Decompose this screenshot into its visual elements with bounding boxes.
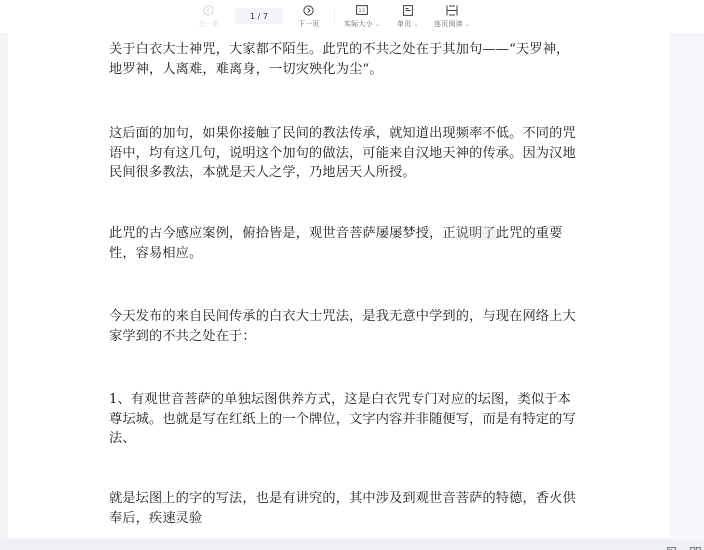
- next-page-icon: [303, 4, 315, 16]
- prev-page-icon: [203, 4, 215, 16]
- actual-size-dropdown[interactable]: 1:1 实际大小⌄: [344, 4, 380, 29]
- chevron-down-icon: ⌄: [465, 21, 470, 28]
- page-number-input[interactable]: 1 / 7: [235, 8, 283, 24]
- single-page-dropdown[interactable]: 单页⌄: [397, 4, 419, 29]
- actual-size-icon: 1:1: [356, 4, 368, 16]
- document-page[interactable]: 关于白衣大士神咒，大家都不陌生。此咒的不共之处在于其加句——“天罗神，地罗神，人…: [8, 33, 670, 538]
- single-page-icon: [402, 4, 414, 16]
- chevron-down-icon: ⌄: [375, 21, 380, 28]
- paragraph-5: 1、有观世音菩萨的单独坛图供养方式，这是白衣咒专门对应的坛图，类似于本尊坛城。也…: [109, 390, 579, 449]
- paragraph-2: 这后面的加句，如果你接触了民间的教法传承，就知道出现频率不低。不同的咒语中，均有…: [109, 124, 579, 183]
- paragraph-3: 此咒的古今感应案例，俯拾皆是，观世音菩萨屡屡梦授，正说明了此咒的重要性，容易相应…: [109, 224, 579, 263]
- document-area[interactable]: 关于白衣大士神咒，大家都不陌生。此咒的不共之处在于其加句——“天罗神，地罗神，人…: [0, 33, 704, 540]
- chevron-down-icon: ⌄: [413, 21, 418, 28]
- continuous-reading-label: 连页阅读: [434, 20, 463, 28]
- next-page-label: 下一页: [298, 19, 320, 29]
- single-page-label: 单页: [397, 20, 411, 28]
- prev-page-label: 上一页: [198, 19, 220, 29]
- actual-size-label: 实际大小: [344, 20, 373, 28]
- right-side-panel: [670, 33, 704, 540]
- single-page-view-icon[interactable]: [667, 541, 677, 550]
- paragraph-1: 关于白衣大士神咒，大家都不陌生。此咒的不共之处在于其加句——“天罗神，地罗神，人…: [109, 40, 579, 79]
- watermark: [456, 226, 496, 240]
- document-viewer: 上一页 1 / 7 下一页 1:1 实际大小⌄ 单页⌄: [0, 0, 704, 550]
- status-bar: [0, 540, 704, 550]
- continuous-reading-icon: [446, 4, 458, 16]
- next-page-button[interactable]: 下一页: [298, 4, 320, 29]
- continuous-reading-dropdown[interactable]: 连页阅读⌄: [434, 4, 470, 29]
- paragraph-4: 今天发布的来自民间传承的白衣大士咒法，是我无意中学到的，与现在网络上大家学到的不…: [109, 307, 579, 346]
- toolbar-divider: [334, 9, 335, 23]
- toolbar: 上一页 1 / 7 下一页 1:1 实际大小⌄ 单页⌄: [0, 0, 704, 33]
- left-gutter: [0, 33, 8, 540]
- svg-text:1:1: 1:1: [359, 8, 366, 13]
- double-page-view-icon[interactable]: [690, 541, 700, 550]
- paragraph-6: 就是坛图上的字的写法，也是有讲究的，其中涉及到观世音菩萨的特德，香火供奉后，疾速…: [109, 489, 579, 528]
- prev-page-button[interactable]: 上一页: [198, 4, 220, 29]
